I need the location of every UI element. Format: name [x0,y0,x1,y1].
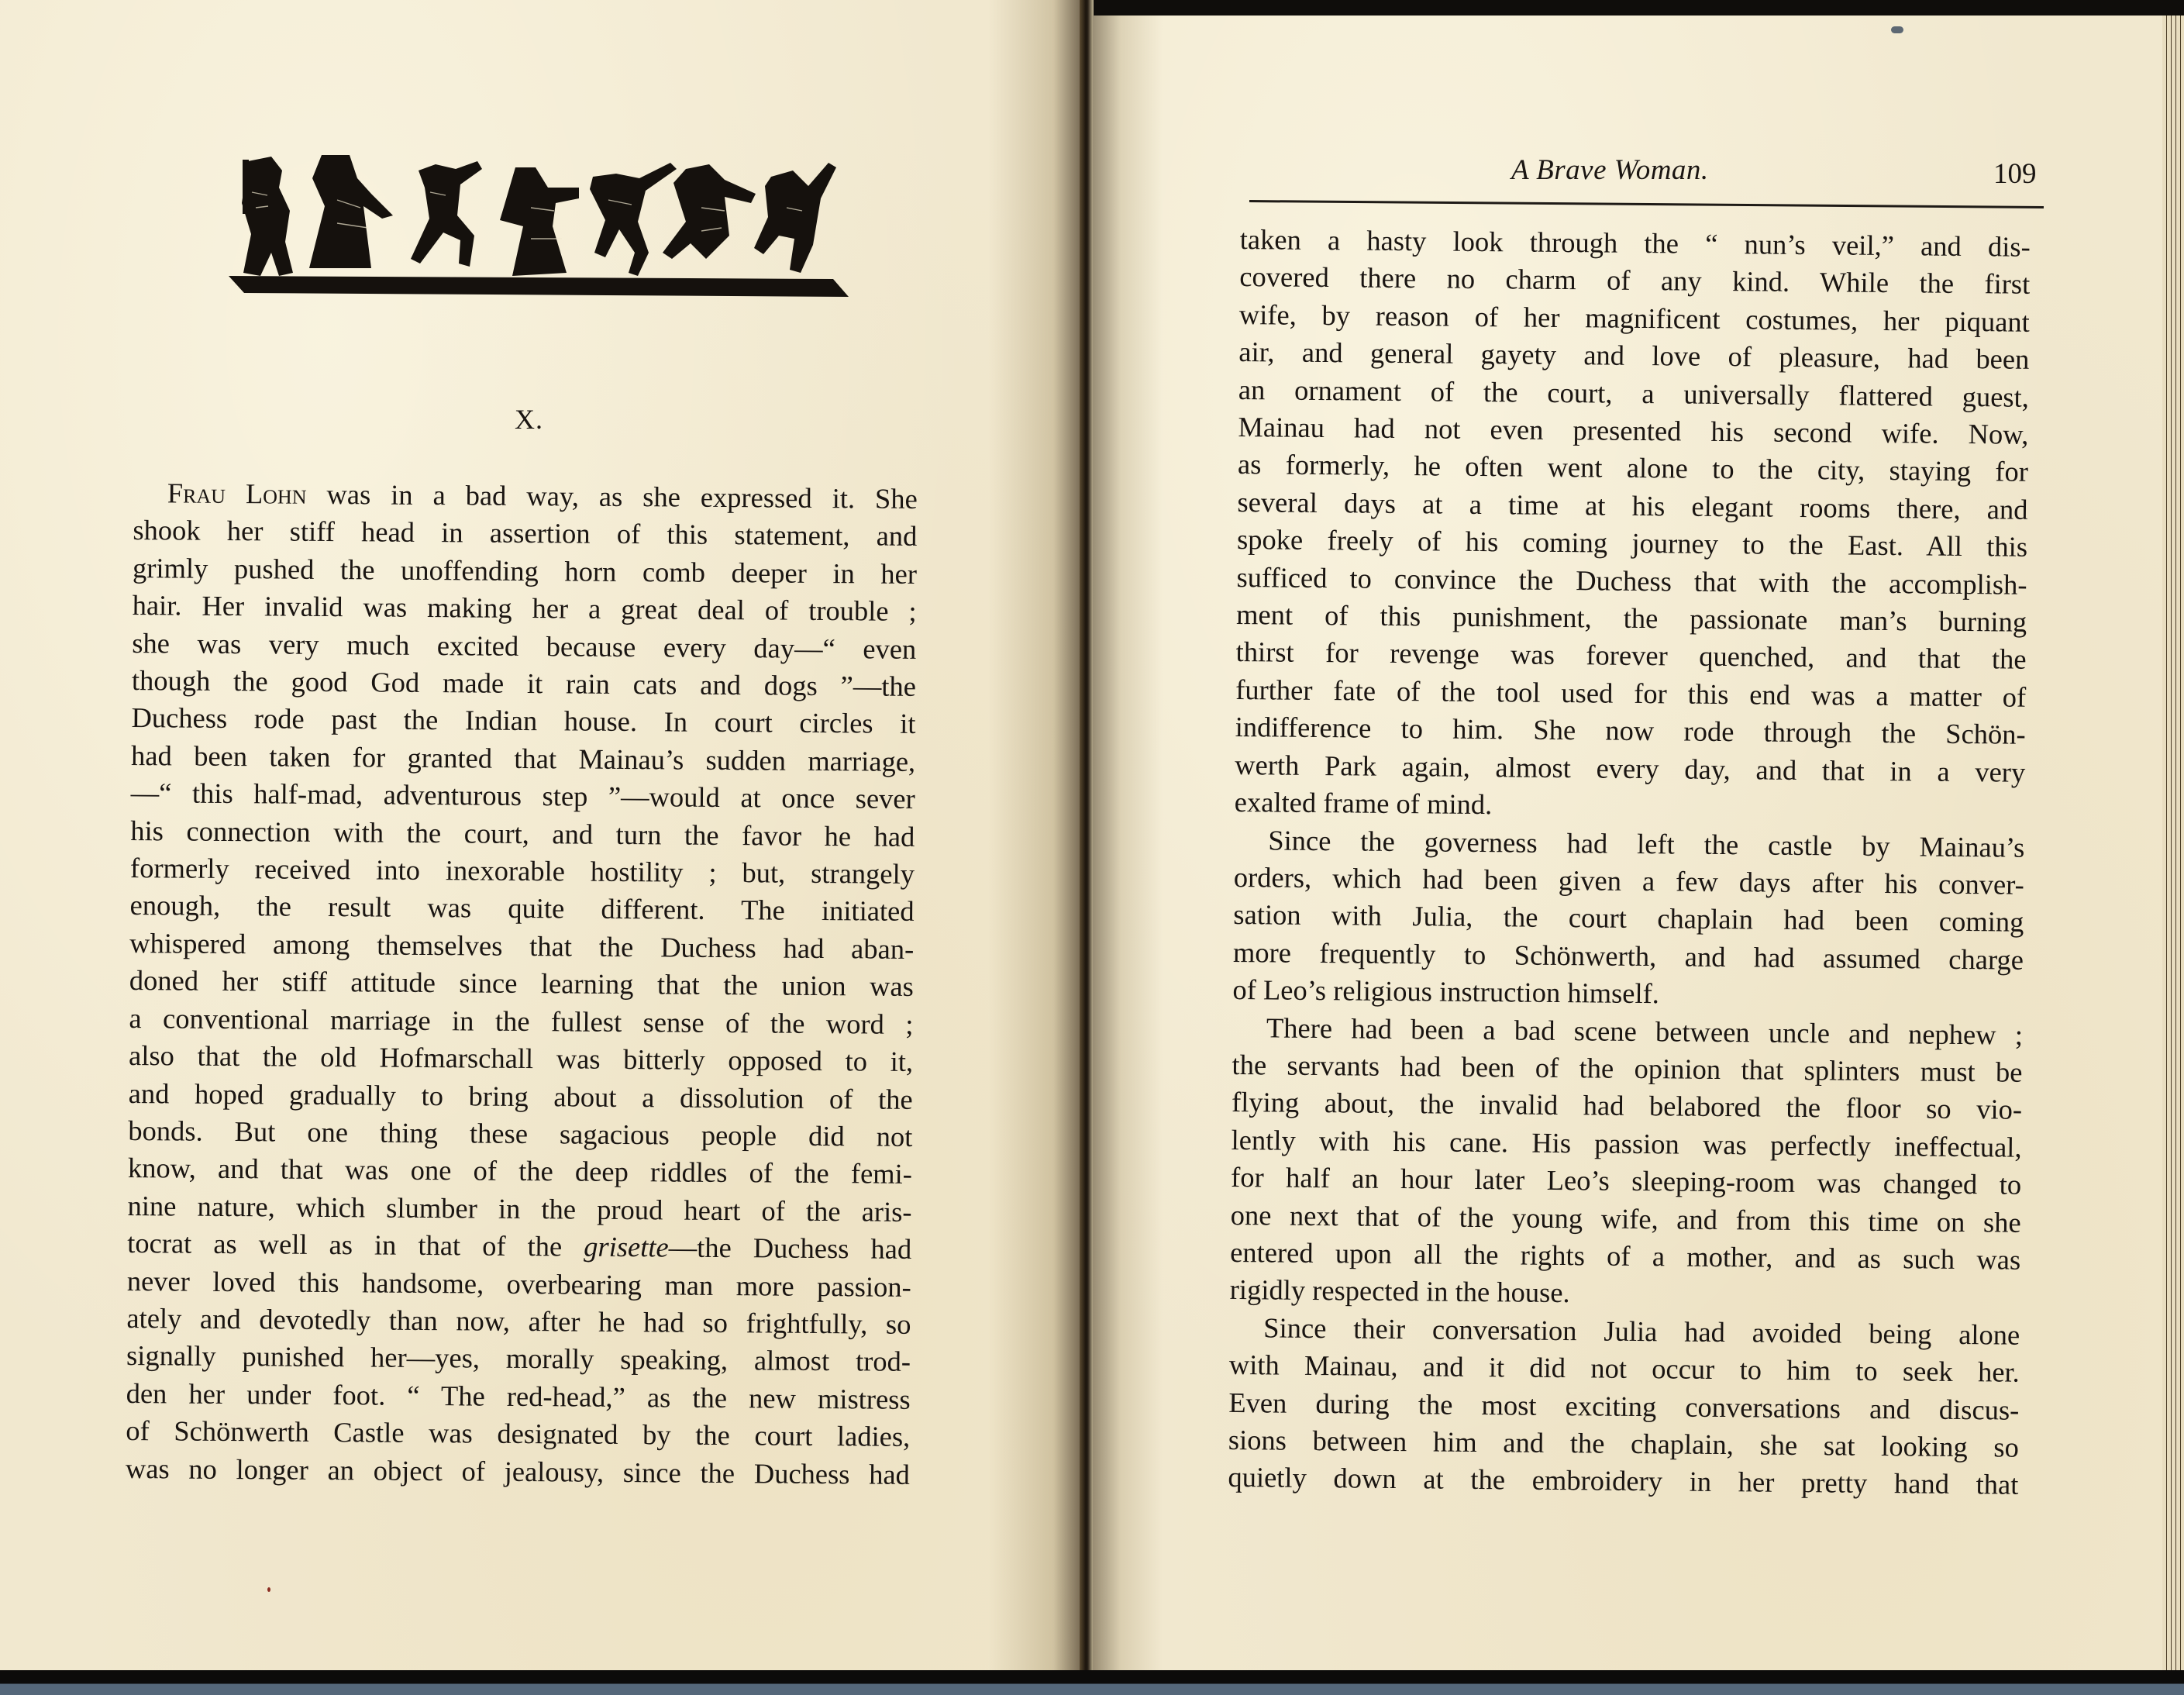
page-number: 109 [1993,157,2037,191]
text-segment: tocrat as well as in that of the [127,1227,584,1263]
book-cover-top-edge [1081,0,2184,17]
book-gutter [1080,0,1094,1673]
text-segment: his connection with the court, and turn … [130,815,915,853]
text-line: she was very much excited because every … [132,625,916,668]
text-segment: sufficed to convince the Duchess that wi… [1236,561,2027,601]
text-line: tocrat as well as in that of the grisett… [127,1225,911,1268]
text-line: —“ this half-mad, adventurous step ”—wou… [131,774,915,818]
text-segment: the servants had been of the opinion tha… [1232,1049,2022,1088]
text-line: ately and devotedly than now, after he h… [126,1300,911,1343]
text-segment: grimly pushed the unoffending horn comb … [133,552,917,590]
text-segment: more frequently to Schönwerth, and had a… [1233,936,2024,976]
text-line: his connection with the court, and turn … [130,812,915,856]
text-segment: bonds. But one thing these sagacious peo… [128,1114,912,1152]
text-line: grimly pushed the unoffending horn comb … [133,549,917,593]
text-segment: an ornament of the court, a universally … [1238,374,2029,413]
small-caps-opening: Frau Lohn [167,477,307,509]
text-line: whispered among themselves that the Duch… [129,925,914,968]
text-line: bonds. But one thing these sagacious peo… [128,1112,912,1156]
text-segment: wife, by reason of her magnificent costu… [1239,298,2030,338]
text-segment: Since the governess had left the castle … [1268,824,2024,863]
text-line: never loved this handsome, overbearing m… [127,1262,911,1305]
text-segment: she was very much excited because every … [132,627,916,665]
text-segment: Mainau had not even presented his second… [1238,411,2028,450]
text-line: quietly down at the embroidery in her pr… [1228,1459,2018,1504]
text-line: though the good God made it rain cats an… [132,662,916,705]
text-segment: —the Duchess had [669,1232,912,1265]
text-segment: formerly received into inexorable hostil… [130,852,915,890]
running-head-title: A Brave Woman. [1511,153,1709,187]
text-line: a conventional marriage in the fullest s… [129,1000,913,1043]
text-segment: enough, the result was quite different. … [129,889,914,927]
woodcut-dancing-peasants-icon [229,146,849,297]
text-segment: hair. Her invalid was making her a great… [133,589,917,627]
text-segment: werth Park again, almost every day, and … [1235,749,2025,788]
text-segment: spoke freely of his coming journey to th… [1237,523,2027,563]
text-line: Duchess rode past the Indian house. In c… [131,699,915,742]
text-segment: thirst for revenge was forever quenched,… [1235,636,2026,675]
text-segment: as formerly, he often went alone to the … [1238,448,2028,487]
text-segment: doned her stiff attitude since learning … [129,964,914,1002]
text-segment: several days at a time at his elegant ro… [1237,486,2027,525]
text-segment: a conventional marriage in the fullest s… [129,1002,913,1040]
text-segment: orders, which had been given a few days … [1234,861,2024,901]
text-segment: taken a hasty look through the “ nun’s v… [1240,223,2031,263]
page-edges [2162,16,2184,1674]
text-segment: with Mainau, and it did not occur to him… [1229,1349,2020,1388]
left-page-body-text: Frau Lohn was in a bad way, as she expre… [126,474,918,1493]
text-segment: sation with Julia, the court chaplain ha… [1233,898,2024,938]
text-line: shook her stiff head in assertion of thi… [133,512,917,555]
text-segment: was in a bad way, as she expressed it. S… [306,478,918,515]
text-line: know, and that was one of the deep riddl… [128,1149,912,1193]
text-segment: know, and that was one of the deep riddl… [128,1152,912,1190]
text-line: formerly received into inexorable hostil… [130,849,915,893]
text-segment: entered upon all the rights of a mother,… [1230,1236,2020,1276]
text-segment: signally punished her—yes, morally speak… [126,1339,911,1377]
text-segment: exalted frame of mind. [1235,786,1493,820]
text-segment: Since their conversation Julia had avoid… [1263,1311,2020,1350]
text-line: den her under foot. “ The red-head,” as … [126,1375,910,1418]
text-segment: shook her stiff head in assertion of thi… [133,514,917,552]
text-line: was no longer an object of jealousy, sin… [126,1450,910,1493]
book-cover-bottom-edge [0,1670,2184,1695]
text-segment: Even during the most exciting conversati… [1228,1387,2019,1426]
text-line: Frau Lohn was in a bad way, as she expre… [133,474,918,518]
text-segment: one next that of the young wife, and fro… [1230,1199,2020,1239]
italic-word: grisette [584,1231,669,1263]
ink-blot [1891,26,1903,33]
text-segment: nine nature, which slumber in the proud … [127,1190,911,1228]
text-segment: of Schönwerth Castle was designated by t… [126,1414,910,1452]
right-page-body-text: taken a hasty look through the “ nun’s v… [1228,221,2031,1504]
text-segment: had been taken for granted that Mainau’s… [131,739,915,777]
text-segment: indifference to him. She now rode throug… [1235,711,2026,750]
paper-speck [267,1587,270,1592]
text-line: nine nature, which slumber in the proud … [127,1187,911,1231]
text-segment: never loved this handsome, overbearing m… [127,1264,911,1302]
text-segment: quietly down at the embroidery in her pr… [1228,1461,2018,1500]
text-segment: rigidly respected in the house. [1230,1273,1570,1308]
text-line: also that the old Hofmarschall was bitte… [129,1037,913,1080]
text-segment: was no longer an object of jealousy, sin… [126,1452,910,1490]
text-line: signally punished her—yes, morally speak… [126,1337,911,1380]
text-segment: air, and general gayety and love of plea… [1238,336,2029,375]
chapter-heading: X. [0,403,1081,436]
text-segment: whispered among themselves that the Duch… [129,927,914,965]
text-segment: —“ this half-mad, adventurous step ”—wou… [131,777,915,815]
text-segment: flying about, the invalid had belabored … [1232,1086,2022,1125]
text-line: of Schönwerth Castle was designated by t… [126,1412,910,1456]
text-line: doned her stiff attitude since learning … [129,962,914,1005]
text-segment: ment of this punishment, the passionate … [1236,598,2027,638]
text-line: had been taken for granted that Mainau’s… [131,737,915,780]
text-segment: further fate of the tool used for this e… [1235,674,2026,713]
text-line: hair. Her invalid was making her a great… [132,587,916,630]
text-segment: also that the old Hofmarschall was bitte… [129,1039,913,1077]
text-line: and hoped gradually to bring about a dis… [129,1074,913,1118]
open-book-spread: X. Frau Lohn was in a bad way, as she ex… [0,0,2184,1695]
text-segment: and hoped gradually to bring about a dis… [129,1077,913,1114]
text-segment: though the good God made it rain cats an… [132,664,916,702]
text-segment: covered there no charm of any kind. Whil… [1239,260,2030,300]
text-line: enough, the result was quite different. … [129,887,914,930]
text-segment: lently with his cane. His passion was pe… [1231,1124,2021,1163]
text-segment: ately and devotedly than now, after he h… [126,1302,911,1340]
text-segment: Duchess rode past the Indian house. In c… [131,701,915,739]
text-segment: for half an hour later Leo’s sleeping-ro… [1231,1161,2021,1201]
text-segment: of Leo’s religious instruction himself. [1232,973,1659,1009]
text-segment: There had been a bad scene between uncle… [1266,1011,2023,1050]
text-segment: sions between him and the chaplain, she … [1228,1424,2019,1463]
text-segment: den her under foot. “ The red-head,” as … [126,1377,911,1415]
